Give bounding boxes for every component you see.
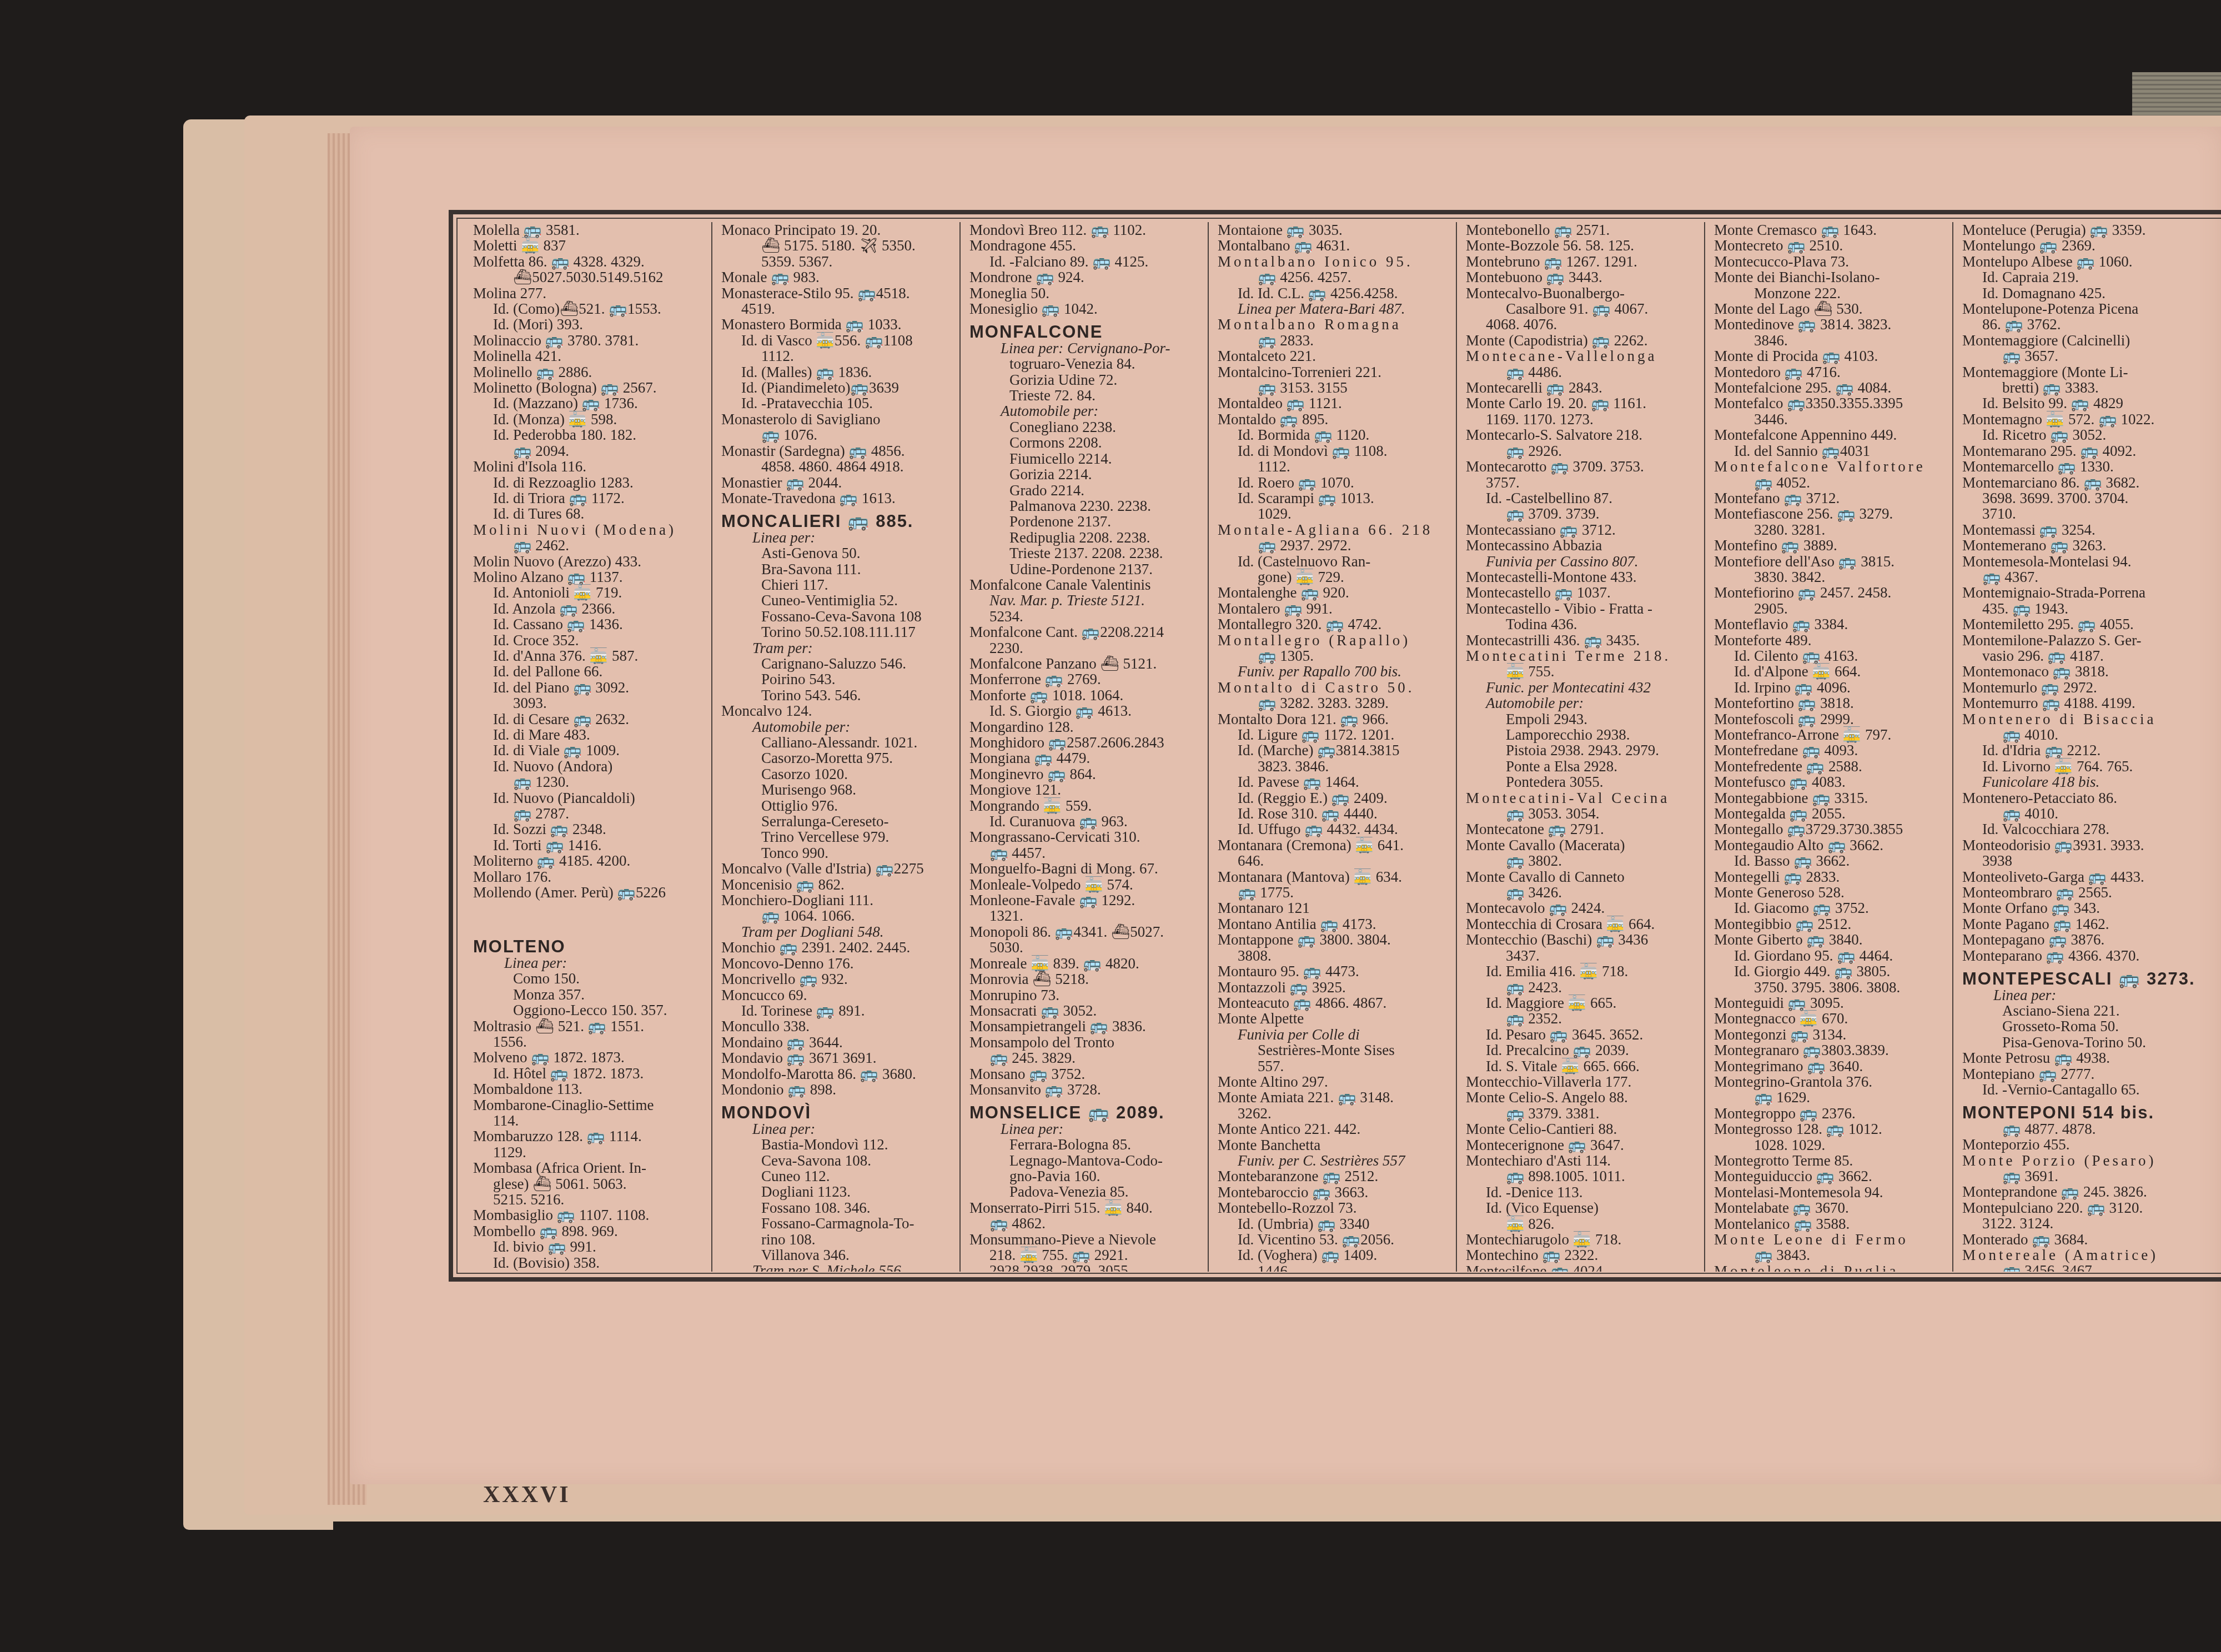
- index-entry: ⛴5027.5030.5149.5162: [473, 269, 706, 285]
- index-entry: Montemesola-Montelasi 94.: [1962, 554, 2196, 569]
- index-entry: Montecastelli-Montone 433.: [1466, 569, 1699, 585]
- index-entry: Montegranaro 🚌3803.3839.: [1714, 1042, 1947, 1058]
- index-entry: Automobile per:: [969, 403, 1202, 419]
- index-entry: Montefranco-Arrone 🚋 797.: [1714, 727, 1947, 742]
- index-entry: Montegonzi 🚌 3134.: [1714, 1027, 1947, 1042]
- index-entry: gno-Pavia 160.: [969, 1168, 1202, 1184]
- index-entry: Id. Anzola 🚌 2366.: [473, 601, 706, 616]
- index-entry: Montecane-Vallelonga: [1466, 348, 1699, 364]
- index-entry: Cormons 2208.: [969, 435, 1202, 450]
- index-entry: 5234.: [969, 609, 1202, 624]
- index-entry: Molella 🚌 3581.: [473, 222, 706, 238]
- index-entry: Montecastello 🚌 1037.: [1466, 585, 1699, 600]
- index-entry: Montalero 🚌 991.: [1218, 601, 1450, 616]
- index-entry: Montenero-Petacciato 86.: [1962, 790, 2196, 806]
- index-entry: Legnago-Mantova-Codo-: [969, 1153, 1202, 1168]
- index-entry: Monteporzio 455.: [1962, 1137, 2196, 1152]
- index-entry: Monguelfo-Bagni di Mong. 67.: [969, 861, 1202, 876]
- index-entry: 🚌 4367.: [1962, 569, 2196, 585]
- index-entry: Montegrimano 🚌 3640.: [1714, 1058, 1947, 1074]
- index-entry: Monsacrati 🚌 3052.: [969, 1003, 1202, 1018]
- index-entry: Montechiaro d'Asti 114.: [1466, 1153, 1699, 1168]
- index-entry: Id. Livorno 🚋 764. 765.: [1962, 759, 2196, 774]
- index-entry: Id. Precalcino 🚌 2039.: [1466, 1042, 1699, 1058]
- index-entry: Moncovo-Denno 176.: [721, 956, 954, 971]
- index-entry: 🚌 1064. 1066.: [721, 908, 954, 923]
- index-entry: 3808.: [1218, 948, 1450, 963]
- index-entry: Monte Petrosu 🚌 4938.: [1962, 1050, 2196, 1066]
- index-entry: Montefiorino 🚌 2457. 2458.: [1714, 585, 1947, 600]
- index-entry: Montallegro 320. 🚌 4742.: [1218, 616, 1450, 632]
- index-entry: Montemiletto 295. 🚌 4055.: [1962, 616, 2196, 632]
- index-entry: Mondrone 🚌 924.: [969, 269, 1202, 285]
- index-entry: 3280. 3281.: [1714, 522, 1947, 538]
- index-entry: Funivia per Colle di: [1218, 1027, 1450, 1042]
- index-entry: Molinella 421.: [473, 348, 706, 364]
- index-entry: ⛴ 5175. 5180. ✈ 5350.: [721, 238, 954, 253]
- index-entry: Monrovia ⛴ 5218.: [969, 971, 1202, 987]
- index-entry: Montebello-Rozzol 73.: [1218, 1200, 1450, 1216]
- index-entry: Id. di Triora 🚌 1172.: [473, 490, 706, 506]
- index-entry: Monte Amiata 221. 🚌 3148.: [1218, 1089, 1450, 1105]
- index-entry: Montenero di Bisaccia: [1962, 711, 2196, 727]
- index-entry: Poirino 543.: [721, 671, 954, 687]
- index-entry: Monfalcone Canale Valentinis: [969, 577, 1202, 592]
- index-entry: Id. (Malles) 🚌 1836.: [721, 364, 954, 380]
- index-entry: Id. Ligure 🚌 1172. 1201.: [1218, 727, 1450, 742]
- index-entry: Montechiarugolo 🚋 718.: [1466, 1232, 1699, 1247]
- index-entry: Monastier 🚌 2044.: [721, 475, 954, 490]
- page-number: XXXVI: [483, 1482, 571, 1508]
- index-entry: Id. Giorgio 449. 🚌 3805.: [1714, 963, 1947, 979]
- index-entry: 114.: [473, 1113, 706, 1128]
- index-entry: Montalcino-Torrenieri 221.: [1218, 364, 1450, 380]
- index-entry: Id. Irpino 🚌 4096.: [1714, 680, 1947, 695]
- index-entry: Monteombraro 🚌 2565.: [1962, 885, 2196, 900]
- index-entry: Montebaroccio 🚌 3663.: [1218, 1184, 1450, 1200]
- index-entry: Montanara (Cremona) 🚋 641.: [1218, 837, 1450, 853]
- index-entry: 🚌 3691.: [1962, 1168, 2196, 1184]
- index-frame: Molella 🚌 3581.Moletti 🚋 837Molfetta 86.…: [449, 210, 2221, 1282]
- index-entry: Montecucco-Plava 73.: [1714, 254, 1947, 269]
- index-entry: Id. -Falciano 89. 🚌 4125.: [969, 254, 1202, 269]
- index-entry: Montecilfone 🚌 4024.: [1466, 1263, 1699, 1272]
- index-entry: togruaro-Venezia 84.: [969, 356, 1202, 371]
- index-entry: Montemignaio-Strada-Porrena: [1962, 585, 2196, 600]
- index-entry: Montegaudio Alto 🚌 3662.: [1714, 837, 1947, 853]
- index-entry: Automobile per:: [1466, 695, 1699, 711]
- index-entry: Monchiero-Dogliani 111.: [721, 892, 954, 908]
- index-entry: Trieste 72. 84.: [969, 388, 1202, 403]
- index-entry: Mollendo (Amer. Perù) 🚌5226: [473, 885, 706, 900]
- index-entry: 3093.: [473, 695, 706, 711]
- index-entry: Molini Nuovi (Modena): [473, 522, 706, 538]
- index-entry: Mongiana 🚌 4479.: [969, 750, 1202, 766]
- index-entry: 646.: [1218, 853, 1450, 868]
- index-entry: Montepiano 🚌 2777.: [1962, 1066, 2196, 1082]
- index-entry: Moltrasio ⛴ 521. 🚌 1551.: [473, 1018, 706, 1034]
- index-entry: 1129.: [473, 1144, 706, 1160]
- index-entry: Montalto di Castro 50.: [1218, 680, 1450, 695]
- index-entry: Id. del Piano 🚌 3092.: [473, 680, 706, 695]
- index-entry: 4519.: [721, 301, 954, 317]
- index-entry: 3938: [1962, 853, 2196, 868]
- index-entry: Cuneo 112.: [721, 1168, 954, 1184]
- index-entry: Pistoia 2938. 2943. 2979.: [1466, 742, 1699, 758]
- index-entry: Mombaldone 113.: [473, 1081, 706, 1097]
- section-heading: MONTEPESCALI 🚌 3273.: [1962, 971, 2196, 987]
- index-entry: Monferrone 🚌 2769.: [969, 671, 1202, 687]
- index-entry: rino 108.: [721, 1232, 954, 1247]
- index-entry: Id. d'Idria 🚌 2212.: [1962, 742, 2196, 758]
- index-entry: Mongrassano-Cervicati 310.: [969, 829, 1202, 845]
- index-entry: Id. Id. C.L. 🚌 4256.4258.: [1218, 285, 1450, 301]
- index-entry: Bra-Savona 111.: [721, 561, 954, 577]
- index-entry: 3757.: [1466, 475, 1699, 490]
- index-entry: Monteflavio 🚌 3384.: [1714, 616, 1947, 632]
- index-entry: Linea per:: [969, 1121, 1202, 1137]
- index-entry: Id. (Como)⛴521. 🚌1553.: [473, 301, 706, 317]
- index-entry: Montebuono 🚌 3443.: [1466, 269, 1699, 285]
- index-entry: Monteluce (Perugia) 🚌 3359.: [1962, 222, 2196, 238]
- index-entry: 🚌 3282. 3283. 3289.: [1218, 695, 1450, 711]
- index-entry: Tram per Dogliani 548.: [721, 924, 954, 940]
- index-entry: vasio 296. 🚌 4187.: [1962, 648, 2196, 664]
- section-heading: MONFALCONE: [969, 324, 1202, 340]
- index-entry: 3823. 3846.: [1218, 759, 1450, 774]
- index-entry: Montecalvo-Buonalbergo-: [1466, 285, 1699, 301]
- index-entry: Id. d'Alpone 🚋 664.: [1714, 664, 1947, 679]
- index-entry: Monteprandone 🚌 245. 3826.: [1962, 1184, 2196, 1199]
- index-column-2: Monaco Principato 19. 20.⛴ 5175. 5180. ✈…: [712, 222, 961, 1272]
- index-entry: Monte Cavallo di Canneto: [1466, 869, 1699, 885]
- section-heading: MONDOVÌ: [721, 1105, 954, 1121]
- index-entry: Montefalcone Appennino 449.: [1714, 427, 1947, 443]
- index-entry: Id. Curanuova 🚌 963.: [969, 814, 1202, 829]
- index-entry: Id. di Viale 🚌 1009.: [473, 742, 706, 758]
- index-entry: Id. Antonioli 🚋 719.: [473, 585, 706, 600]
- index-entry: 🚌 4256. 4257.: [1218, 269, 1450, 285]
- index-entry: Monasterolo di Savigliano: [721, 411, 954, 427]
- index-entry: Montecchio-Villaverla 177.: [1466, 1074, 1699, 1089]
- section-heading: MONTEPONI 514 bis.: [1962, 1105, 2196, 1121]
- index-entry: Montecatini Terme 218.: [1466, 648, 1699, 664]
- index-entry: Monteleone di Puglia: [1714, 1263, 1947, 1272]
- index-entry: Montefalcone Valfortore: [1714, 459, 1947, 474]
- index-entry: Linea per: Cervignano-Por-: [969, 340, 1202, 356]
- index-entry: Montalto Dora 121. 🚌 966.: [1218, 711, 1450, 727]
- index-entry: Padova-Venezia 85.: [969, 1184, 1202, 1199]
- index-entry: Linea per:: [473, 955, 706, 971]
- index-entry: Montecchio (Baschi) 🚌 3436: [1466, 932, 1699, 947]
- index-entry: Id. Torinese 🚌 891.: [721, 1003, 954, 1018]
- index-entry: Id. Domagnano 425.: [1962, 285, 2196, 301]
- index-entry: Molinetto (Bologna) 🚌 2567.: [473, 380, 706, 395]
- index-entry: Id. Giacomo 🚌 3752.: [1714, 900, 1947, 916]
- index-entry: Monasterace-Stilo 95. 🚌4518.: [721, 285, 954, 301]
- index-entry: 🚌 4457.: [969, 845, 1202, 861]
- index-entry: 🚋 826.: [1466, 1216, 1699, 1232]
- index-entry: Id. di Mare 483.: [473, 727, 706, 742]
- index-entry: Gorizia Udine 72.: [969, 372, 1202, 388]
- index-entry: Id. Capraia 219.: [1962, 269, 2196, 285]
- index-entry: Funiv. per Rapallo 700 bis.: [1218, 664, 1450, 679]
- index-entry: Linea per:: [1962, 987, 2196, 1003]
- index-entry: Montecarlo-S. Salvatore 218.: [1466, 427, 1699, 443]
- index-entry: 🚌 3802.: [1466, 853, 1699, 868]
- index-entry: Mombasiglio 🚌 1107. 1108.: [473, 1207, 706, 1223]
- index-entry: Monfalcone Cant. 🚌2208.2214: [969, 624, 1202, 640]
- index-entry: Id. Uffugo 🚌 4432. 4434.: [1218, 821, 1450, 837]
- index-entry: Id. Giordano 95. 🚌 4464.: [1714, 948, 1947, 963]
- index-entry: Como 150.: [473, 971, 706, 986]
- index-entry: 🚌 1775.: [1218, 885, 1450, 900]
- index-entry: Monale 🚌 983.: [721, 269, 954, 285]
- index-entry: Monte Alpette: [1218, 1011, 1450, 1026]
- index-entry: Montebonello 🚌 2571.: [1466, 222, 1699, 238]
- index-entry: Montappone 🚌 3800. 3804.: [1218, 932, 1450, 947]
- index-entry: 🚌 1076.: [721, 427, 954, 443]
- index-entry: Monte dei Bianchi-Isolano-: [1714, 269, 1947, 285]
- index-entry: Casalbore 91. 🚌 4067.: [1466, 301, 1699, 317]
- index-entry: Monte del Lago ⛴ 530.: [1714, 301, 1947, 317]
- index-entry: Monte Banchetta: [1218, 1137, 1450, 1153]
- index-entry: Montecassino Abbazia: [1466, 538, 1699, 553]
- index-entry: Mongardino 128.: [969, 719, 1202, 735]
- index-entry: Casorzo-Moretta 975.: [721, 750, 954, 766]
- index-entry: 2230.: [969, 640, 1202, 656]
- index-entry: Montazzoli 🚌 3925.: [1218, 980, 1450, 995]
- index-entry: Id. (Monza) 🚋 598.: [473, 411, 706, 427]
- index-entry: Udine-Pordenone 2137.: [969, 561, 1202, 577]
- index-entry: Id. Hôtel 🚌 1872. 1873.: [473, 1066, 706, 1081]
- index-entry: Tram per:: [721, 640, 954, 656]
- index-entry: 1321.: [969, 908, 1202, 923]
- index-entry: Montefano 🚌 3712.: [1714, 490, 1947, 506]
- index-entry: Monsummano-Pieve a Nievole: [969, 1232, 1202, 1247]
- index-entry: Fiumicello 2214.: [969, 451, 1202, 466]
- index-entry: Mondaino 🚌 3644.: [721, 1035, 954, 1050]
- index-entry: Montalceto 221.: [1218, 348, 1450, 364]
- index-entry: Id. Valcocchiara 278.: [1962, 821, 2196, 837]
- index-entry: Monte-Bozzole 56. 58. 125.: [1466, 238, 1699, 253]
- index-entry: Id. Nuovo (Andora): [473, 759, 706, 774]
- index-entry: Montemagno 🚋 572. 🚌 1022.: [1962, 411, 2196, 427]
- index-entry: Montallegro (Rapallo): [1218, 632, 1450, 648]
- index-entry: Montecchia di Crosara 🚋 664.: [1466, 916, 1699, 932]
- index-entry: Montecastello - Vibio - Fratta -: [1466, 601, 1699, 616]
- index-entry: Id. Scarampi 🚌 1013.: [1218, 490, 1450, 506]
- index-entry: Monte Celio-Cantieri 88.: [1466, 1121, 1699, 1137]
- index-entry: Montemaggiore (Calcinelli): [1962, 333, 2196, 348]
- index-entry: Ponte a Elsa 2928.: [1466, 759, 1699, 774]
- index-column-5: Montebonello 🚌 2571.Monte-Bozzole 56. 58…: [1457, 222, 1705, 1272]
- index-entry: Id. di Rezzoaglio 1283.: [473, 475, 706, 490]
- index-entry: Montefoscoli 🚌 2999.: [1714, 711, 1947, 727]
- index-entry: Montemurlo 🚌 2972.: [1962, 680, 2196, 695]
- table-surface: [333, 1522, 2221, 1652]
- index-entry: Montecerignone 🚌 3647.: [1466, 1137, 1699, 1153]
- index-entry: Tram per S. Michele 556.: [721, 1263, 954, 1272]
- index-entry: Monforte 🚌 1018. 1064.: [969, 687, 1202, 703]
- index-entry: 🚌 4010.: [1962, 727, 2196, 742]
- index-entry: Id. Emilia 416. 🚋 718.: [1466, 963, 1699, 979]
- index-entry: Molina 277.: [473, 285, 706, 301]
- index-entry: Moliterno 🚌 4185. 4200.: [473, 853, 706, 868]
- index-entry: Funiv. per C. Sestrières 557: [1218, 1153, 1450, 1168]
- index-entry: Montemassi 🚌 3254.: [1962, 522, 2196, 538]
- index-entry: 1112.: [721, 348, 954, 364]
- index-entry: Id. (Umbria) 🚌 3340: [1218, 1216, 1450, 1232]
- index-entry: 🚌 4877. 4878.: [1962, 1121, 2196, 1137]
- index-entry: Id. (Reggio E.) 🚌 2409.: [1218, 790, 1450, 806]
- index-entry: Monte Carlo 19. 20. 🚌 1161.: [1466, 395, 1699, 411]
- index-entry: Montegrosso 128. 🚌 1012.: [1714, 1121, 1947, 1137]
- index-column-1: Molella 🚌 3581.Moletti 🚋 837Molfetta 86.…: [464, 222, 712, 1272]
- index-entry: Moncrivello 🚌 932.: [721, 971, 954, 987]
- index-entry: Montegnacco 🚋 670.: [1714, 1011, 1947, 1026]
- index-entry: Montedoro 🚌 4716.: [1714, 364, 1947, 380]
- index-entry: Montefiore dell'Aso 🚌 3815.: [1714, 554, 1947, 569]
- index-entry: Montefino 🚌 3889.: [1714, 538, 1947, 553]
- index-entry: 🚌 4486.: [1466, 364, 1699, 380]
- index-entry: Id. Roero 🚌 1070.: [1218, 475, 1450, 490]
- index-entry: Mondragone 455.: [969, 238, 1202, 253]
- index-entry: Montedinove 🚌 3814. 3823.: [1714, 317, 1947, 332]
- index-entry: Monleone-Favale 🚌 1292.: [969, 892, 1202, 908]
- index-entry: Montelungo 🚌 2369.: [1962, 238, 2196, 253]
- index-entry: Monaco Principato 19. 20.: [721, 222, 954, 238]
- index-entry: 1556.: [473, 1034, 706, 1050]
- index-entry: Montegrotto Terme 85.: [1714, 1153, 1947, 1168]
- index-entry: Montegabbione 🚌 3315.: [1714, 790, 1947, 806]
- index-entry: 1029.: [1218, 506, 1450, 521]
- index-entry: Empoli 2943.: [1466, 711, 1699, 727]
- index-entry: Montelabate 🚌 3670.: [1714, 1200, 1947, 1216]
- index-entry: Pordenone 2137.: [969, 514, 1202, 529]
- index-entry: 🚌 2787.: [473, 806, 706, 821]
- index-entry: 1028. 1029.: [1714, 1137, 1947, 1153]
- index-entry: 3750. 3795. 3806. 3808.: [1714, 980, 1947, 995]
- index-entry: 3262.: [1218, 1106, 1450, 1121]
- index-entry: Monsanvito 🚌 3728.: [969, 1082, 1202, 1097]
- index-entry: Id. (Voghera) 🚌 1409.: [1218, 1247, 1450, 1263]
- index-entry: 4068. 4076.: [1466, 317, 1699, 332]
- index-entry: Montecatone 🚌 2791.: [1466, 821, 1699, 837]
- index-entry: 🚌 3153. 3155: [1218, 380, 1450, 395]
- index-entry: Funivia per Cassino 807.: [1466, 554, 1699, 569]
- index-entry: Mondovì Breo 112. 🚌 1102.: [969, 222, 1202, 238]
- index-entry: Mollaro 176.: [473, 869, 706, 885]
- index-entry: Mongiove 121.: [969, 782, 1202, 797]
- index-entry: Monte Altino 297.: [1218, 1074, 1450, 1089]
- index-entry: Mondolfo-Marotta 86. 🚌 3680.: [721, 1066, 954, 1082]
- index-entry: Molinaccio 🚌 3780. 3781.: [473, 333, 706, 348]
- index-entry: Id. (Vico Equense): [1466, 1200, 1699, 1216]
- index-entry: Montecassiano 🚌 3712.: [1466, 522, 1699, 538]
- index-entry: 🚌 4862.: [969, 1216, 1202, 1231]
- index-entry: Torino 50.52.108.111.117: [721, 624, 954, 640]
- index-entry: 🚌 3657.: [1962, 348, 2196, 364]
- index-entry: 3710.: [1962, 506, 2196, 521]
- index-entry: 3437.: [1466, 948, 1699, 963]
- index-entry: Monte Orfano 🚌 343.: [1962, 900, 2196, 916]
- index-entry: Moncalvo 124.: [721, 703, 954, 719]
- index-entry: 🚌 3053. 3054.: [1466, 806, 1699, 821]
- index-entry: 🚌 3379. 3381.: [1466, 1106, 1699, 1121]
- index-entry: Dogliani 1123.: [721, 1184, 954, 1199]
- index-entry: Montalbano Ionico 95.: [1218, 254, 1450, 269]
- index-entry: Id. (Mori) 393.: [473, 317, 706, 332]
- index-entry: Id. di Tures 68.: [473, 506, 706, 521]
- index-entry: [473, 916, 706, 931]
- index-column-6: Monte Cremasco 🚌 1643.Montecreto 🚌 2510.…: [1705, 222, 1953, 1272]
- index-entry: Montepagano 🚌 3876.: [1962, 932, 2196, 947]
- index-entry: Id. Basso 🚌 3662.: [1714, 853, 1947, 868]
- index-entry: Tonco 990.: [721, 845, 954, 861]
- index-entry: Id. (Marche) 🚌3814.3815: [1218, 742, 1450, 758]
- index-entry: Monserrato-Pirri 515. 🚋 840.: [969, 1200, 1202, 1216]
- index-entry: Id. -Castelbellino 87.: [1466, 490, 1699, 506]
- index-entry: Montefalcione 295. 🚌 4084.: [1714, 380, 1947, 395]
- index-entry: 4858. 4860. 4864 4918.: [721, 459, 954, 474]
- index-entry: Torino 543. 546.: [721, 687, 954, 703]
- index-entry: Id. Ricetro 🚌 3052.: [1962, 427, 2196, 443]
- index-entry: 🚌 2833.: [1218, 333, 1450, 348]
- index-entry: Ottiglio 976.: [721, 798, 954, 814]
- index-entry: Montemarcello 🚌 1330.: [1962, 459, 2196, 474]
- index-entry: Monteforte 489.: [1714, 632, 1947, 648]
- index-entry: Fossano-Ceva-Savona 108: [721, 609, 954, 624]
- index-entry: Funic. per Montecatini 432: [1466, 680, 1699, 695]
- index-entry: 435. 🚌 1943.: [1962, 601, 2196, 616]
- index-entry: Cuneo-Ventimiglia 52.: [721, 592, 954, 608]
- index-entry: Montanara (Mantova) 🚋 634.: [1218, 869, 1450, 885]
- index-entry: Montecarotto 🚌 3709. 3753.: [1466, 459, 1699, 474]
- index-entry: Montelanico 🚌 3588.: [1714, 1216, 1947, 1232]
- index-entry: Id. Croce 352.: [473, 632, 706, 648]
- index-entry: Molino Alzano 🚌 1137.: [473, 569, 706, 585]
- index-entry: Montanaro 121: [1218, 900, 1450, 916]
- index-entry: Molfetta 86. 🚌 4328. 4329.: [473, 254, 706, 269]
- index-entry: Id. Torti 🚌 1416.: [473, 837, 706, 853]
- index-entry: 2905.: [1714, 601, 1947, 616]
- index-entry: Mondonio 🚌 898.: [721, 1082, 954, 1097]
- index-entry: 🚌 3426.: [1466, 885, 1699, 900]
- index-entry: Id. bivio 🚌 991.: [473, 1239, 706, 1254]
- index-entry: Montefredente 🚌 2588.: [1714, 759, 1947, 774]
- index-entry: Montaldeo 🚌 1121.: [1218, 395, 1450, 411]
- index-entry: 3698. 3699. 3700. 3704.: [1962, 490, 2196, 506]
- index-entry: Mombaruzzo 128. 🚌 1114.: [473, 1128, 706, 1144]
- index-entry: [473, 900, 706, 916]
- index-entry: Villanova 346.: [721, 1247, 954, 1263]
- index-entry: Montereale (Amatrice): [1962, 1247, 2196, 1263]
- index-entry: Serralunga-Cereseto-: [721, 814, 954, 829]
- index-entry: 86. 🚌 3762.: [1962, 317, 2196, 332]
- index-entry: Asciano-Siena 221.: [1962, 1003, 2196, 1018]
- index-entry: Tram per Varedo-Milano 595: [473, 1271, 706, 1272]
- index-entry: Moncalvo (Valle d'Istria) 🚌2275: [721, 861, 954, 876]
- index-entry: 3122. 3124.: [1962, 1216, 2196, 1231]
- index-entry: Mombasa (Africa Orient. In-: [473, 1160, 706, 1176]
- index-entry: Trino Vercellese 979.: [721, 829, 954, 845]
- index-entry: 🚌 2926.: [1466, 443, 1699, 459]
- index-entry: Palmanova 2230. 2238.: [969, 498, 1202, 514]
- index-entry: Monteacuto 🚌 4866. 4867.: [1218, 995, 1450, 1011]
- index-entry: bretti) 🚌 3383.: [1962, 380, 2196, 395]
- index-entry: Monteparano 🚌 4366. 4370.: [1962, 948, 2196, 963]
